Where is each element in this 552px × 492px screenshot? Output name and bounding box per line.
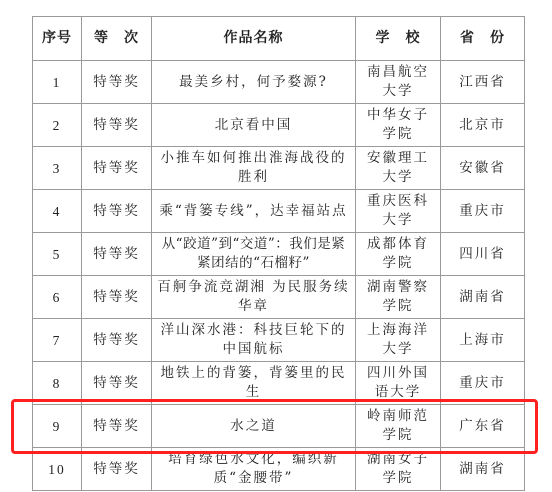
cell-school: 南昌航空大学	[356, 61, 441, 104]
cell-school: 四川外国语大学	[356, 362, 441, 405]
table-row: 7 特等奖 洋山深水港：科技巨轮下的中国航标 上海海洋大学 上海市	[33, 319, 525, 362]
table-row-highlighted: 9 特等奖 水之道 岭南师范学院 广东省	[33, 405, 525, 448]
cell-province: 重庆市	[441, 190, 525, 233]
cell-province: 湖南省	[441, 448, 525, 491]
cell-title: 洋山深水港：科技巨轮下的中国航标	[152, 319, 356, 362]
header-school: 学 校	[356, 17, 441, 61]
cell-school: 岭南师范学院	[356, 405, 441, 448]
header-number: 序号	[33, 17, 82, 61]
cell-province: 湖南省	[441, 276, 525, 319]
table-row: 4 特等奖 乘“背篓专线”，达幸福站点 重庆医科大学 重庆市	[33, 190, 525, 233]
cell-level: 特等奖	[82, 362, 152, 405]
cell-school: 湖南女子学院	[356, 448, 441, 491]
cell-number: 9	[33, 405, 82, 448]
cell-title: 北京看中国	[152, 104, 356, 147]
table-row: 8 特等奖 地铁上的背篓，背篓里的民生 四川外国语大学 重庆市	[33, 362, 525, 405]
cell-title: 培育绿色水文化，编织新质“金腰带”	[152, 448, 356, 491]
cell-title: 从“跤道”到“交道”：我们是紧紧团结的“石榴籽”	[152, 233, 356, 276]
cell-number: 3	[33, 147, 82, 190]
cell-title: 百舸争流竞湖湘 为民服务续华章	[152, 276, 356, 319]
cell-level: 特等奖	[82, 61, 152, 104]
cell-school: 安徽理工大学	[356, 147, 441, 190]
cell-number: 7	[33, 319, 82, 362]
cell-school: 成都体育学院	[356, 233, 441, 276]
cell-number: 2	[33, 104, 82, 147]
cell-number: 8	[33, 362, 82, 405]
cell-level: 特等奖	[82, 319, 152, 362]
cell-school: 上海海洋大学	[356, 319, 441, 362]
cell-number: 10	[33, 448, 82, 491]
awards-table: 序号 等 次 作品名称 学 校 省 份 1 特等奖 最美乡村，何予婺源? 南昌航…	[32, 16, 525, 491]
cell-number: 5	[33, 233, 82, 276]
cell-level: 特等奖	[82, 104, 152, 147]
table-row: 10 特等奖 培育绿色水文化，编织新质“金腰带” 湖南女子学院 湖南省	[33, 448, 525, 491]
table-row: 1 特等奖 最美乡村，何予婺源? 南昌航空大学 江西省	[33, 61, 525, 104]
header-level: 等 次	[82, 17, 152, 61]
cell-title: 地铁上的背篓，背篓里的民生	[152, 362, 356, 405]
cell-province: 北京市	[441, 104, 525, 147]
cell-school: 湖南警察学院	[356, 276, 441, 319]
cell-level: 特等奖	[82, 190, 152, 233]
cell-school: 中华女子学院	[356, 104, 441, 147]
cell-province: 广东省	[441, 405, 525, 448]
cell-level: 特等奖	[82, 276, 152, 319]
table-row: 6 特等奖 百舸争流竞湖湘 为民服务续华章 湖南警察学院 湖南省	[33, 276, 525, 319]
header-province: 省 份	[441, 17, 525, 61]
cell-title: 小推车如何推出淮海战役的胜利	[152, 147, 356, 190]
cell-title: 乘“背篓专线”，达幸福站点	[152, 190, 356, 233]
table-row: 2 特等奖 北京看中国 中华女子学院 北京市	[33, 104, 525, 147]
cell-province: 重庆市	[441, 362, 525, 405]
cell-number: 6	[33, 276, 82, 319]
cell-number: 4	[33, 190, 82, 233]
cell-title: 最美乡村，何予婺源?	[152, 61, 356, 104]
cell-province: 安徽省	[441, 147, 525, 190]
table-row: 3 特等奖 小推车如何推出淮海战役的胜利 安徽理工大学 安徽省	[33, 147, 525, 190]
table-row: 5 特等奖 从“跤道”到“交道”：我们是紧紧团结的“石榴籽” 成都体育学院 四川…	[33, 233, 525, 276]
cell-level: 特等奖	[82, 405, 152, 448]
header-title: 作品名称	[152, 17, 356, 61]
cell-level: 特等奖	[82, 147, 152, 190]
cell-province: 江西省	[441, 61, 525, 104]
table-header-row: 序号 等 次 作品名称 学 校 省 份	[33, 17, 525, 61]
cell-province: 四川省	[441, 233, 525, 276]
cell-number: 1	[33, 61, 82, 104]
cell-school: 重庆医科大学	[356, 190, 441, 233]
cell-level: 特等奖	[82, 448, 152, 491]
cell-title: 水之道	[152, 405, 356, 448]
cell-level: 特等奖	[82, 233, 152, 276]
cell-province: 上海市	[441, 319, 525, 362]
